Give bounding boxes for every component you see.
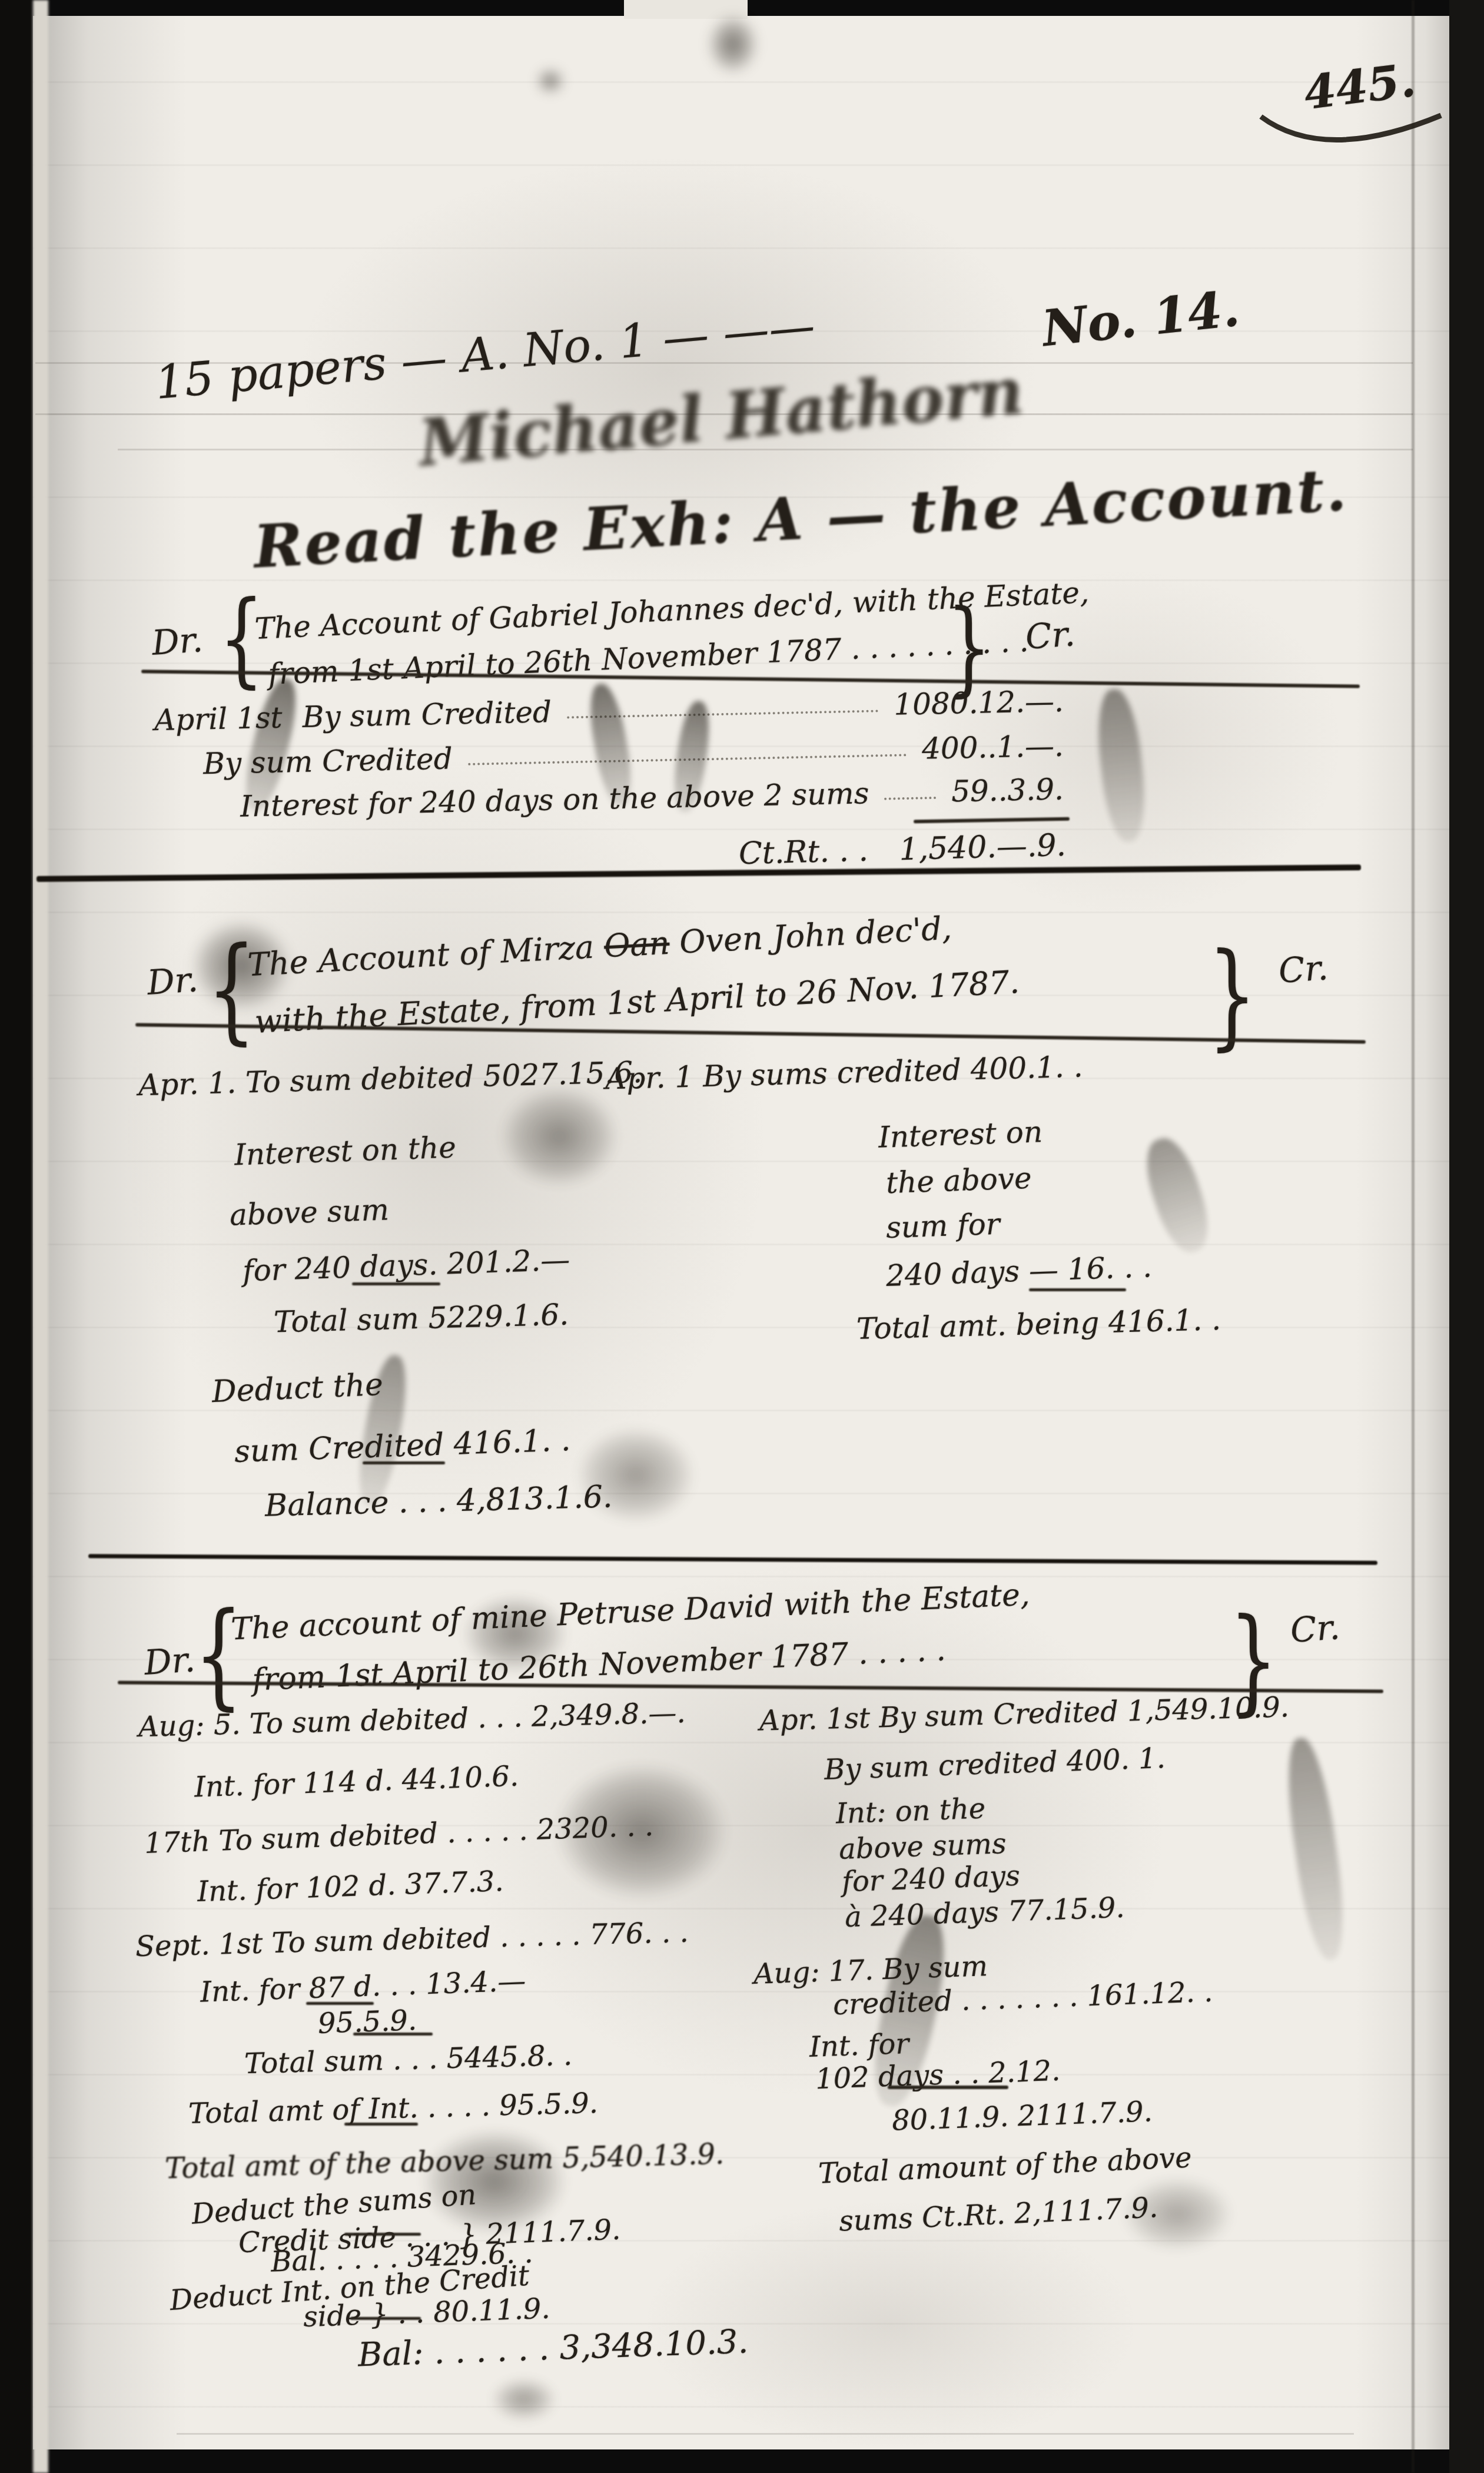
- entry-line: the above: [885, 1162, 1032, 1200]
- entry-amount: 59..3.9.: [951, 773, 1064, 808]
- ink-smudge: [530, 1743, 753, 1920]
- entry-line: Int: on the: [835, 1794, 986, 1830]
- ink-smudge: [483, 2373, 565, 2426]
- ink-smudge: [1107, 2167, 1248, 2261]
- ink-smudge: [400, 2114, 589, 2249]
- entry-line: Interest on the: [234, 1131, 457, 1171]
- account2-cr-label: Cr.: [1277, 949, 1329, 990]
- sum-underline: [352, 1282, 440, 1285]
- entry-amount: 1080.12.—.: [894, 685, 1064, 721]
- entry-line: sum for: [885, 1208, 1000, 1245]
- sum-underline: [914, 817, 1070, 824]
- entry-line: Int. for 114 d. 44.10.6.: [194, 1761, 519, 1803]
- opening-brace: {: [194, 1587, 243, 1721]
- sum-underline: [306, 2002, 374, 2005]
- entry-line: for 240 days. 201.2.—: [242, 1244, 570, 1287]
- ledger-row: Interest for 240 days on the above 2 sum…: [240, 773, 1064, 823]
- entry-line: à 240 days 77.15.9.: [844, 1892, 1125, 1933]
- entry-line: Total sum . . . 5445.8. .: [244, 2040, 572, 2080]
- sum-underline: [1029, 1288, 1126, 1291]
- sum-underline: [350, 2317, 421, 2320]
- entry-line: Sept. 1st To sum debited . . . . . 776. …: [135, 1917, 689, 1963]
- ink-smudge: [533, 65, 568, 97]
- entry-line: Bal: . . . . . . 3,348.10.3.: [357, 2323, 749, 2373]
- docket-title: Read the Exh: A — the Account.: [252, 457, 1349, 579]
- ink-smudge: [1093, 687, 1150, 844]
- sum-underline: [353, 2033, 433, 2036]
- section-divider: [36, 864, 1361, 882]
- entry-line: 80.11.9. 2111.7.9.: [891, 2096, 1153, 2136]
- entry-line: Apr. 1 By sums credited 400.1. .: [605, 1050, 1083, 1095]
- entry-label: By sum Credited: [203, 742, 453, 780]
- account1-dr-label: Dr.: [151, 621, 204, 662]
- account3-dr-label: Dr.: [143, 1641, 197, 1682]
- account1-total-row: Ct.Rt. . . 1,540.—.9.: [738, 829, 1066, 871]
- scanned-manuscript-page: 445. 15 papers — A. No. 1 — —— No. 14. M…: [0, 0, 1484, 2473]
- ink-smudge: [1280, 1735, 1352, 1963]
- page-edge-right-fold: [1412, 0, 1415, 2473]
- account3-cr-label: Cr.: [1289, 1609, 1341, 1650]
- page-edge-left-spine: [0, 0, 33, 2473]
- ruled-line: [177, 2433, 1354, 2435]
- struck-word: Oan: [603, 924, 670, 965]
- page-edge-left-tear: [33, 0, 48, 2473]
- entry-line: By sum credited 400. 1.: [824, 1743, 1166, 1786]
- entry-line: for 240 days: [841, 1861, 1021, 1898]
- entry-line: Int. for 102 d. 37.7.3.: [197, 1866, 504, 1908]
- entry-line: above sums: [838, 1828, 1007, 1865]
- title-text: Oven John dec'd,: [669, 910, 953, 962]
- ledger-row: By sum Credited 400..1.—.: [203, 730, 1064, 781]
- ink-smudge: [483, 1072, 636, 1201]
- entry-line: 240 days — 16. . .: [885, 1251, 1153, 1292]
- ink-smudge: [700, 6, 765, 82]
- total-label: Ct.Rt. . .: [738, 833, 868, 872]
- page-edge-right-shadow: [1449, 0, 1484, 2473]
- entry-line: Apr. 1st By sum Credited 1,549.10.9.: [759, 1692, 1289, 1736]
- entry-line: Total sum 5229.1.6.: [273, 1298, 569, 1338]
- dot-leader: [884, 797, 936, 800]
- entry-label: By sum Credited: [302, 696, 552, 734]
- ink-smudge: [177, 907, 306, 1025]
- folio-underline-flourish: [1254, 88, 1448, 165]
- total-amount: 1,540.—.9.: [899, 828, 1067, 867]
- entry-label: Interest for 240 days on the above 2 sum…: [240, 777, 869, 823]
- entry-line: Total amt. being 416.1. .: [856, 1304, 1221, 1345]
- entry-line: Deduct the: [211, 1368, 384, 1410]
- entry-line: Interest on: [878, 1116, 1043, 1154]
- account1-cr-label: Cr.: [1024, 615, 1076, 657]
- entry-line: side } . . 80.11.9.: [303, 2293, 550, 2333]
- header-right: No. 14.: [1040, 281, 1242, 356]
- ink-smudge: [447, 1584, 583, 1684]
- section-divider: [88, 1554, 1377, 1564]
- page-edge-bottom: [0, 2449, 1484, 2473]
- ink-smudge: [559, 1413, 712, 1537]
- ink-smudge: [1137, 1132, 1218, 1259]
- entry-amount: 400..1.—.: [921, 730, 1064, 765]
- entry-line: above sum: [229, 1194, 390, 1231]
